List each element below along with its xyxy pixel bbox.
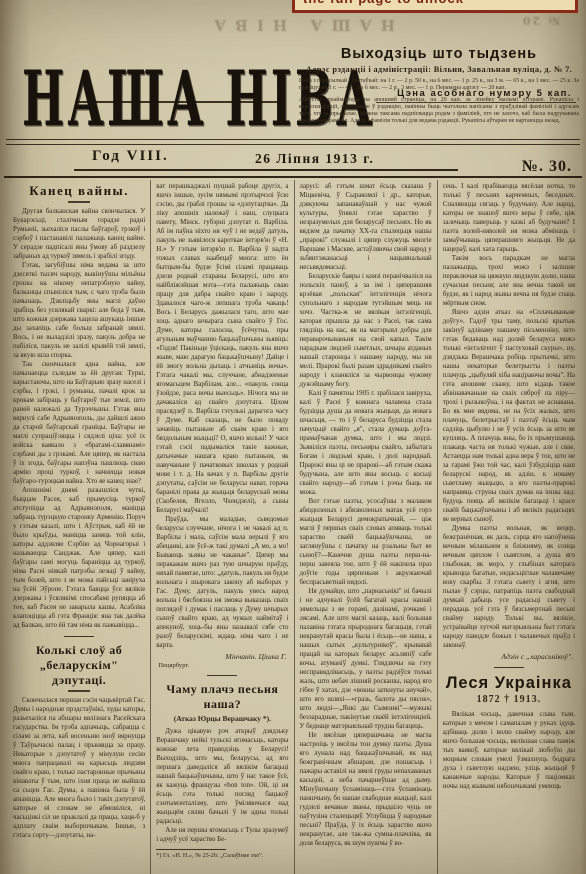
dateline: Год VIII. 26 Ліпня 1913 г. №. 30. bbox=[0, 139, 586, 178]
dateline-double-rule bbox=[6, 139, 580, 145]
footnote-rule bbox=[156, 849, 226, 850]
article-para: Ня думайце, што „парнасьнікі" ні бачылі … bbox=[300, 587, 432, 731]
editorial-notice: Абвесткі прыймаюцца на апошняй страніцы,… bbox=[299, 97, 579, 126]
article-divider bbox=[494, 667, 524, 668]
issue-number: №. 30. bbox=[522, 158, 572, 176]
author-signature: Адзін с „харасьнікоў". bbox=[443, 652, 573, 661]
article-para: Апошнімі днямі разышліся чуткі, быццам Р… bbox=[13, 486, 145, 630]
article-para: Так скончылася адна вайна, але пачынаецц… bbox=[13, 360, 145, 486]
article-para: Калі ў памятны 1905 г. зрабілася завірух… bbox=[300, 389, 432, 497]
column-2: ват перашкаджалі пуцнай рабоце другіх, а… bbox=[150, 180, 293, 874]
publication-year: Год VIII. bbox=[92, 148, 169, 165]
column-3: ларусі: аб гэтым шмат ёсьць сказана ў Мі… bbox=[294, 180, 437, 874]
clipped-banner: the full page to unlock bbox=[292, 0, 578, 13]
column-1: Канец вайны.Другая балканская вайна скон… bbox=[8, 180, 150, 874]
header-info: Выходзіць што тыдзень Адрэс рэдакціі і а… bbox=[299, 46, 579, 126]
clipped-banner-text: the full page to unlock bbox=[303, 0, 464, 6]
article-para: Вялікая чэсьць, давечная слава тым, като… bbox=[443, 710, 575, 791]
dateline-mid-rule bbox=[74, 169, 458, 171]
author-place: Пецярбург. bbox=[158, 662, 288, 669]
article-title-kanec-vajny: Канец вайны. bbox=[13, 183, 145, 199]
article-para: Беларускіе баяры і князі перанічваліся н… bbox=[300, 272, 432, 389]
article-para: Другая балканская вайна скончылася. У Бу… bbox=[13, 207, 145, 261]
article-subtitle: (Атказ Юрцы Верашчаку *). bbox=[156, 714, 288, 723]
article-para: Вот гэтые паэты, усосаўшы з малаком абяз… bbox=[300, 497, 432, 587]
publication-date: 26 Ліпня 1913 г. bbox=[255, 151, 374, 167]
footnote: *) Гл. «Н. Н.», № 25-26: „Салаўінае эхо"… bbox=[156, 852, 288, 860]
author-signature: Мінчанін. Цішка Г. bbox=[156, 652, 286, 661]
article-title-lesia-ukrainka: Леся Украінка bbox=[443, 674, 575, 693]
bleedthrough-masthead-text: НАША НІВА bbox=[150, 16, 450, 34]
article-columns: Канец вайны.Другая балканская вайна скон… bbox=[8, 180, 580, 874]
heading-ornament bbox=[68, 201, 90, 203]
bleedthrough-issue-number: № 20 bbox=[521, 14, 560, 27]
article-title-chamu-plache: Чаму плачэ песьня наша? bbox=[156, 682, 288, 712]
column-4: сень. І калі прабіваецца вясёлая нотка, … bbox=[437, 180, 580, 874]
masthead-title: НАША НІВА bbox=[22, 56, 308, 144]
article-title-kolki-slou: Колькі слоў аб „беларускім" дэпутаці. bbox=[13, 643, 145, 688]
lifespan-years: 1872 † 1913. bbox=[443, 694, 575, 705]
newspaper-page: НАША НІВА № 20 the full page to unlock Ц… bbox=[0, 0, 586, 874]
subscription-rates: Цэна з перасылкай і дастаўкай: на 1 г. —… bbox=[299, 78, 579, 93]
address-line: Адрэс рэдакціі і адміністраціі: Вільня, … bbox=[299, 65, 579, 74]
article-para: Дужа цікавую рэч аткрыў дзядзьку Верашча… bbox=[156, 727, 288, 826]
article-para-cont: ларусі: аб гэтым шмат ёсьць сказана ў Мі… bbox=[300, 182, 432, 272]
article-para: Праўда, мы маладые, сьведомые беларусы с… bbox=[156, 515, 288, 650]
article-para: Не вясёлая цяперашчына не магла настроіц… bbox=[300, 731, 432, 848]
article-para: Думка паэты вольная, як вецер, бежграніч… bbox=[443, 524, 575, 650]
article-divider bbox=[207, 675, 237, 676]
dateline-bottom-rule bbox=[4, 176, 582, 178]
article-para: Гэтак, загубіўшы німа ведама за што дзес… bbox=[13, 261, 145, 360]
publication-frequency: Выходзіць што тыдзень bbox=[299, 46, 579, 62]
article-para-cont: сень. І калі прабіваецца вясёлая нотка, … bbox=[443, 182, 575, 254]
article-para-cont: ват перашкаджалі пуцнай рабоце другіх, а… bbox=[156, 182, 288, 515]
article-para: Скончылася першая сэсія чацьвёртай Гас. … bbox=[13, 696, 145, 840]
article-divider bbox=[64, 636, 94, 637]
article-para: Яшчэ адзін атказ на «Сплачываньне доўгу»… bbox=[443, 308, 575, 524]
article-para: Але ня першы ягомасьць с Тулы зразумеў і… bbox=[156, 826, 288, 844]
article-para: Такім вось парадкам не магла палажыцца, … bbox=[443, 254, 575, 308]
heading-ornament bbox=[68, 690, 90, 692]
